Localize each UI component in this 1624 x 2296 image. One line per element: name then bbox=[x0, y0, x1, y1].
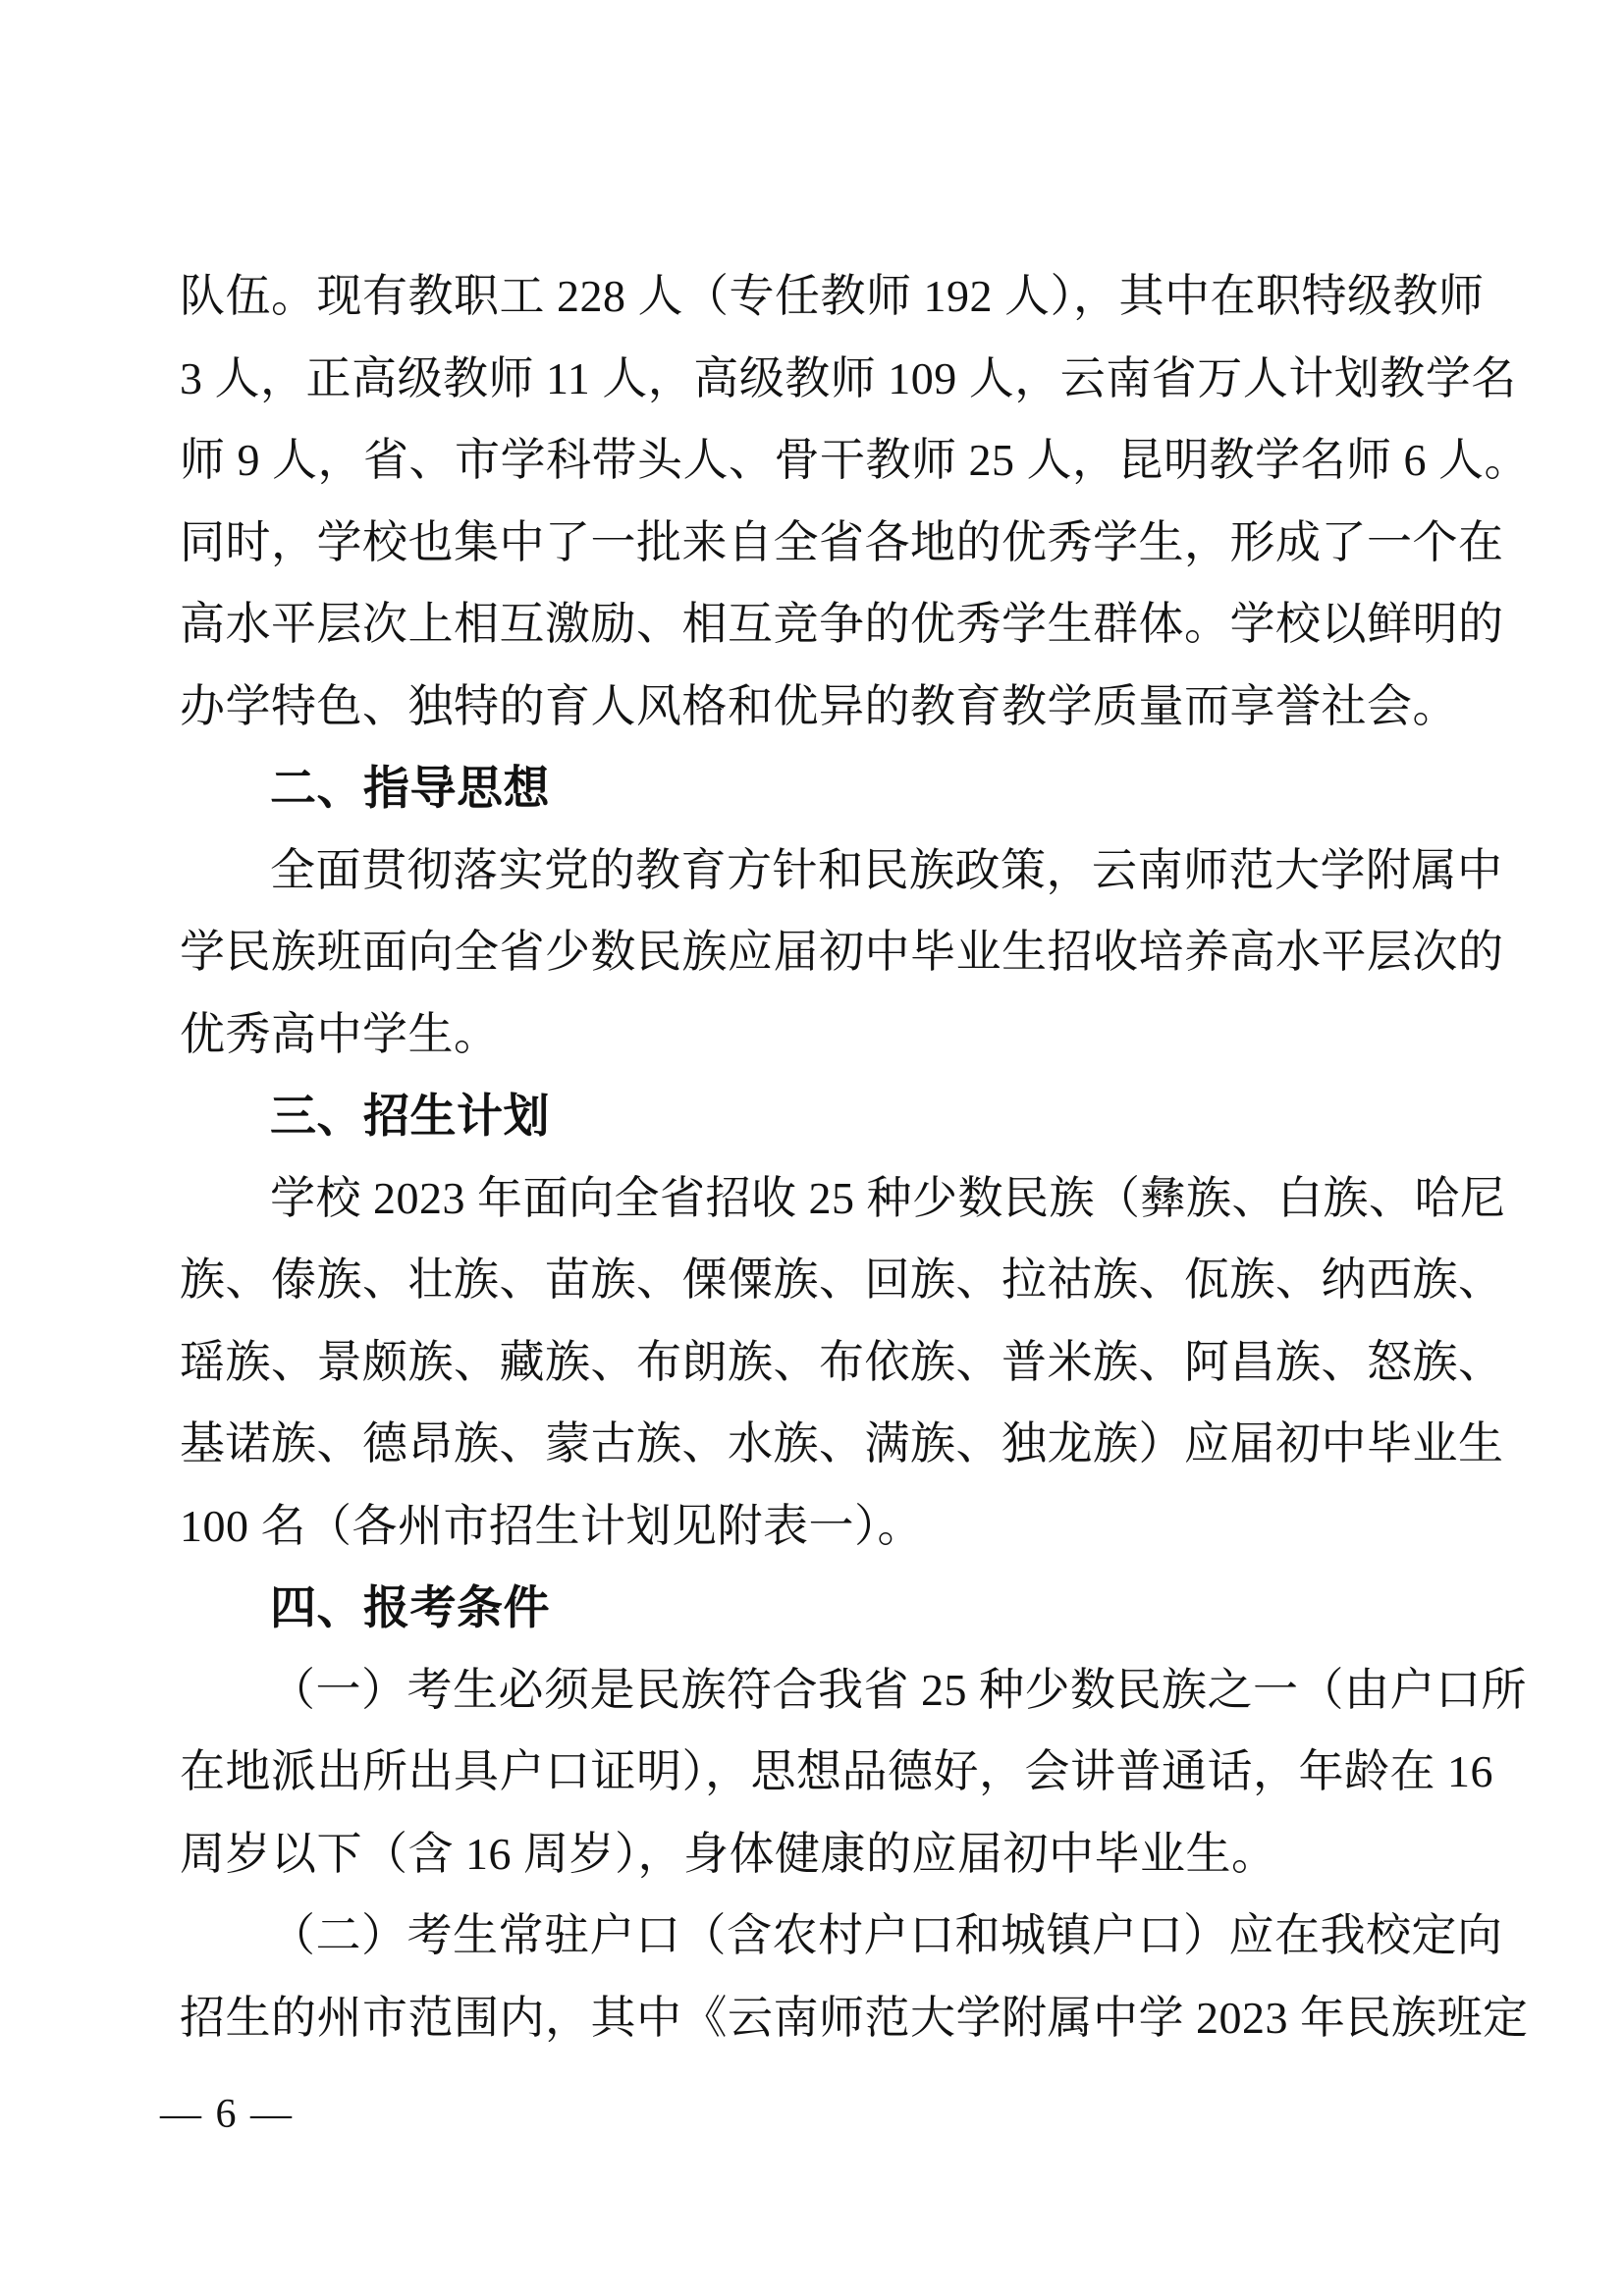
document-page: 队伍。现有教职工 228 人（专任教师 192 人），其中在职特级教师3 人，正… bbox=[0, 0, 1624, 2296]
text-line: 师 9 人，省、市学科带头人、骨干教师 25 人，昆明教学名师 6 人。 bbox=[180, 419, 1456, 502]
text-line: 在地派出所出具户口证明），思想品德好，会讲普通话，年龄在 16 bbox=[180, 1731, 1456, 1813]
text-line: 同时，学校也集中了一批来自全省各地的优秀学生，形成了一个在 bbox=[180, 502, 1456, 584]
text-line: 办学特色、独特的育人风格和优异的教育教学质量而享誉社会。 bbox=[180, 666, 1456, 748]
document-body: 队伍。现有教职工 228 人（专任教师 192 人），其中在职特级教师3 人，正… bbox=[180, 255, 1456, 2058]
text-line: 招生的州市范围内，其中《云南师范大学附属中学 2023 年民族班定 bbox=[180, 1977, 1456, 2059]
text-line: （一）考生必须是民族符合我省 25 种少数民族之一（由户口所 bbox=[180, 1649, 1456, 1732]
text-line: 队伍。现有教职工 228 人（专任教师 192 人），其中在职特级教师 bbox=[180, 255, 1456, 338]
text-line: 学民族班面向全省少数民族应届初中毕业生招收培养高水平层次的 bbox=[180, 911, 1456, 993]
text-line: （二）考生常驻户口（含农村户口和城镇户口）应在我校定向 bbox=[180, 1895, 1456, 1977]
text-line: 100 名（各州市招生计划见附表一）。 bbox=[180, 1485, 1456, 1568]
section-heading: 四、报考条件 bbox=[180, 1567, 1456, 1649]
page-number: — 6 — bbox=[160, 2087, 294, 2142]
text-line: 学校 2023 年面向全省招收 25 种少数民族（彝族、白族、哈尼 bbox=[180, 1157, 1456, 1240]
text-line: 瑶族、景颇族、藏族、布朗族、布依族、普米族、阿昌族、怒族、 bbox=[180, 1321, 1456, 1404]
text-line: 3 人，正高级教师 11 人，高级教师 109 人，云南省万人计划教学名 bbox=[180, 338, 1456, 420]
text-line: 全面贯彻落实党的教育方针和民族政策，云南师范大学附属中 bbox=[180, 829, 1456, 912]
text-line: 周岁以下（含 16 周岁），身体健康的应届初中毕业生。 bbox=[180, 1813, 1456, 1896]
section-heading: 三、招生计划 bbox=[180, 1075, 1456, 1157]
text-line: 族、傣族、壮族、苗族、傈僳族、回族、拉祜族、佤族、纳西族、 bbox=[180, 1239, 1456, 1321]
text-line: 高水平层次上相互激励、相互竞争的优秀学生群体。学校以鲜明的 bbox=[180, 583, 1456, 666]
text-line: 优秀高中学生。 bbox=[180, 993, 1456, 1076]
section-heading: 二、指导思想 bbox=[180, 747, 1456, 829]
text-line: 基诺族、德昂族、蒙古族、水族、满族、独龙族）应届初中毕业生 bbox=[180, 1403, 1456, 1485]
